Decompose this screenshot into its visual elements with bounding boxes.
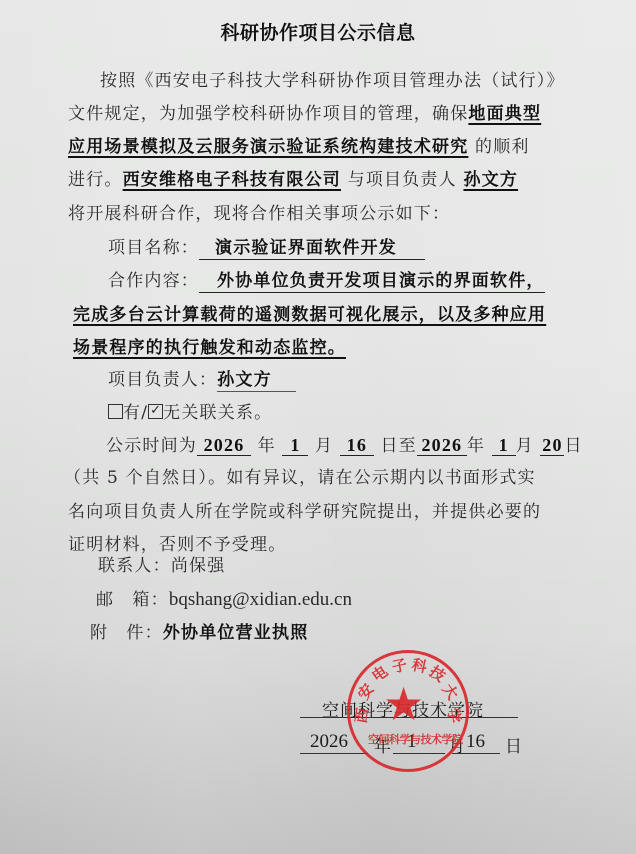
cooperation-line-1: 外协单位负责开发项目演示的界面软件， [199, 270, 545, 293]
signature-year-line [300, 753, 368, 754]
end-month-char: 月 [516, 436, 534, 456]
objection-line-2: 名向项目负责人所在学院或科学研究院提出，并提供必要的 [68, 501, 541, 523]
intro-line-4: 进行。西安维格电子科技有限公司 与项目负责人 孙文方 [68, 169, 518, 191]
start-day: 16 [340, 435, 374, 456]
end-day-char: 日 [564, 436, 582, 456]
project-topic-part2: 应用场景模拟及云服务演示验证系统构建技术研究 [68, 137, 468, 157]
objection-line-1: （共 5 个自然日）。如有异议，请在公示期内以书面形式实 [64, 467, 536, 489]
contact-row: 联系人：尚保强 [98, 555, 225, 577]
intro-line-4-mid: 与项目负责人 [348, 170, 457, 190]
end-day: 20 [540, 435, 564, 456]
email-label: 邮 箱： [96, 590, 169, 610]
document-title: 科研协作项目公示信息 [0, 18, 636, 45]
leader-row: 项目负责人：孙文方 [108, 369, 296, 392]
project-name-value: 演示验证界面软件开发 [199, 237, 425, 260]
intro-line-3-text: 的顺利 [475, 137, 530, 157]
period-prefix: 公示时间为 [106, 436, 197, 456]
seal-char: 西 [350, 706, 373, 724]
intro-line-5: 将开展科研合作，现将合作相关事项公示如下： [68, 203, 450, 225]
objection-line-3: 证明材料，否则不予受理。 [68, 534, 286, 556]
seal-char: 学 [443, 706, 466, 724]
cooperation-line-2: 完成多台云计算载荷的遥测数据可视化展示，以及多种应用 [73, 304, 546, 326]
intro-line-1: 按照《西安电子科技大学科研协作项目管理办法（试行）》 [100, 70, 565, 92]
attachment-row: 附 件：外协单位营业执照 [90, 622, 308, 644]
intro-line-4-prefix: 进行。 [68, 170, 123, 190]
cooperation-label: 合作内容： [108, 271, 199, 291]
period-row: 公示时间为2026 年 1 月 16 日至2026年 1月 20日 [106, 435, 583, 457]
end-month: 1 [492, 435, 516, 456]
start-year-char: 年 [258, 436, 276, 456]
signature-year: 2026 [310, 731, 348, 753]
start-month-char: 月 [315, 436, 333, 456]
project-name-row: 项目名称：演示验证界面软件开发 [108, 237, 425, 260]
seal-char: 子 [390, 654, 409, 678]
no-relation-label: 无关联关系。 [163, 403, 272, 423]
has-relation-label: 有 [123, 403, 141, 423]
attachment-value: 外协单位营业执照 [163, 623, 309, 643]
cooperation-row-1: 合作内容：外协单位负责开发项目演示的界面软件， [108, 270, 545, 293]
checkmark-icon: ✓ [150, 400, 162, 422]
seal-char: 技 [425, 661, 449, 687]
signature-day-line [452, 753, 500, 754]
relation-row: 有/✓无关联关系。 [108, 402, 272, 424]
leader-label: 项目负责人： [108, 370, 217, 390]
intro-line-2: 文件规定，为加强学校科研协作项目的管理，确保地面典型 [68, 103, 541, 125]
cooperation-line-3: 场景程序的执行触发和动态监控。 [73, 337, 346, 359]
email-link[interactable]: bqshang@xidian.edu.cn [169, 589, 352, 610]
partner-company: 西安维格电子科技有限公司 [123, 170, 341, 190]
attachment-label: 附 件： [90, 623, 163, 643]
document-page: 科研协作项目公示信息 按照《西安电子科技大学科研协作项目管理办法（试行）》 文件… [0, 0, 636, 854]
email-row: 邮 箱：bqshang@xidian.edu.cn [96, 589, 352, 611]
checkbox-has-relation[interactable] [108, 404, 123, 419]
seal-char: 大 [438, 679, 464, 703]
end-year-char: 年 [467, 436, 485, 456]
start-year: 2026 [197, 435, 251, 456]
project-name-label: 项目名称： [108, 238, 199, 258]
seal-char: 安 [353, 679, 379, 703]
signature-day-char: 日 [505, 732, 522, 757]
leader-value: 孙文方 [217, 369, 296, 392]
official-seal: 西 安 电 子 科 技 大 学 ★ 空间科学与技术学院 [347, 650, 469, 772]
seal-char: 科 [410, 654, 429, 678]
intro-line-3: 应用场景模拟及云服务演示验证系统构建技术研究 的顺利 [68, 136, 530, 158]
signature-day: 16 [466, 731, 485, 753]
intro-line-2-text: 文件规定，为加强学校科研协作项目的管理，确保 [68, 104, 468, 124]
seal-bottom-text: 空间科学与技术学院 [368, 731, 463, 747]
checkbox-no-relation[interactable]: ✓ [148, 404, 163, 419]
contact-value: 尚保强 [171, 556, 226, 576]
end-year: 2026 [417, 435, 467, 456]
start-month: 1 [282, 435, 308, 456]
project-leader-inline: 孙文方 [463, 170, 518, 190]
project-topic-part1: 地面典型 [468, 104, 541, 124]
star-icon: ★ [383, 681, 424, 727]
contact-label: 联系人： [98, 556, 171, 576]
period-to: 日至 [380, 436, 416, 456]
